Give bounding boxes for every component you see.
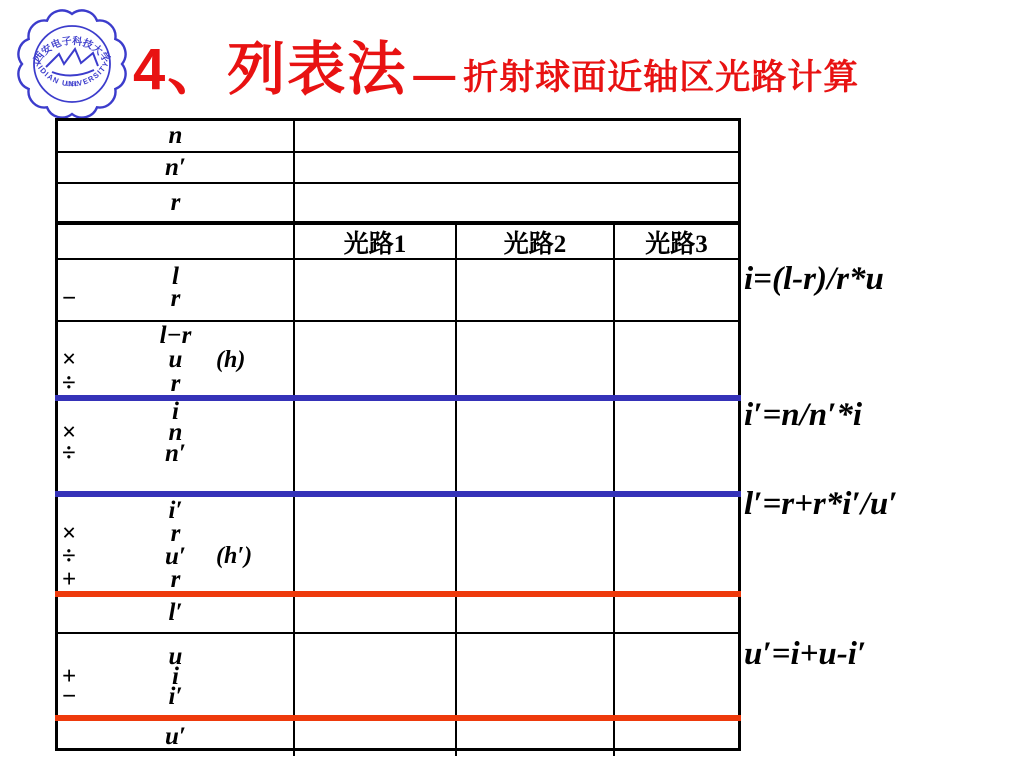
table-cell-empty — [457, 718, 615, 756]
column-header-label: 光路1 — [344, 224, 407, 260]
calc-row-uprime-label: u′ — [58, 718, 295, 756]
variable-label: n′ — [165, 154, 186, 182]
table-line: −r — [58, 288, 293, 310]
annotation-h-prime: (h′) — [216, 545, 252, 568]
variable-label: l′ — [169, 599, 183, 627]
table-cell-empty — [295, 322, 457, 398]
calc-row-i-n-nprime-labels: i ×n ÷n′ — [58, 398, 295, 494]
variable-label: u′ — [165, 723, 186, 751]
table-cell-empty — [457, 634, 615, 718]
table-cell-empty — [457, 494, 615, 594]
table-cell-empty — [295, 260, 457, 322]
operator-minus: − — [62, 687, 76, 707]
red-divider-line-2 — [55, 715, 741, 721]
table-line: −i′ — [58, 687, 293, 707]
variable-label: l−r — [160, 322, 192, 349]
variable-label: i′ — [169, 683, 183, 710]
table-line: ×u(h) — [58, 348, 293, 372]
table-cell-empty — [457, 260, 615, 322]
param-value-cell-n-prime — [295, 153, 738, 184]
operator-minus: − — [62, 288, 76, 310]
header-path2: 光路2 — [457, 225, 615, 260]
table-line: ÷n′ — [58, 443, 293, 464]
formula-i: i=(l-r)/r*u — [744, 261, 884, 298]
table-cell-empty — [615, 594, 738, 634]
slide-title: 4、列表法 — 折射球面近轴区光路计算 — [133, 22, 859, 106]
column-header-label: 光路2 — [504, 224, 567, 260]
table-line: ÷r — [58, 372, 293, 396]
table-cell-empty — [295, 634, 457, 718]
header-path1: 光路1 — [295, 225, 457, 260]
seal-inner-circle — [34, 26, 110, 102]
seal-year: 1931 — [65, 82, 79, 88]
operator-divide: ÷ — [62, 545, 76, 568]
table-cell-empty — [457, 594, 615, 634]
param-value-cell-r — [295, 184, 738, 225]
header-corner-cell — [58, 225, 295, 260]
ray-trace-table: n n′ r 光路1 光路2 光路3 l −r l−r ×u(h) ÷r — [55, 118, 741, 751]
operator-divide: ÷ — [62, 443, 76, 464]
formula-u-prime: u′=i+u-i′ — [744, 636, 866, 673]
calc-row-l-r-labels: l −r — [58, 260, 295, 322]
operator-divide: ÷ — [62, 372, 76, 396]
variable-label: r — [171, 285, 181, 312]
variable-label: n — [169, 122, 183, 150]
seal-bird-body — [52, 70, 94, 76]
calc-row-lprime-label: l′ — [58, 594, 295, 634]
formula-l-prime: l′=r+r*i′/u′ — [744, 486, 898, 523]
variable-label: r — [171, 370, 181, 397]
blue-divider-line-1 — [55, 395, 741, 401]
formula-i-prime: i′=n/n′*i — [744, 397, 862, 434]
table-line: i′ — [58, 499, 293, 522]
variable-label: r — [171, 566, 181, 593]
variable-label: u — [169, 346, 183, 373]
table-cell-empty — [295, 398, 457, 494]
annotation-h: (h) — [216, 348, 245, 372]
table-line: +r — [58, 568, 293, 591]
param-label-n-prime: n′ — [58, 153, 295, 184]
table-cell-empty — [615, 398, 738, 494]
calc-row-iprime-r-uprime-r-labels: i′ ×r ÷u′(h′) +r — [58, 494, 295, 594]
blue-divider-line-2 — [55, 491, 741, 497]
operator-plus: + — [62, 568, 76, 591]
table-cell-empty — [295, 494, 457, 594]
table-cell-empty — [615, 322, 738, 398]
table-cell-empty — [295, 718, 457, 756]
table-cell-empty — [457, 322, 615, 398]
operator-multiply: × — [62, 348, 76, 372]
table-cell-empty — [457, 398, 615, 494]
table-line: l−r — [58, 324, 293, 348]
variable-label: n′ — [165, 440, 186, 467]
table-cell-empty — [615, 634, 738, 718]
table-cell-empty — [295, 594, 457, 634]
calc-row-lr-u-r-labels: l−r ×u(h) ÷r — [58, 322, 295, 398]
calc-row-u-i-iprime-labels: u +i −i′ — [58, 634, 295, 718]
university-seal-logo: 西安电子科技大学 XIDIAN UNIVERSITY 1931 — [12, 4, 132, 124]
column-header-label: 光路3 — [645, 224, 708, 260]
header-path3: 光路3 — [615, 225, 738, 260]
table-line: ÷u′(h′) — [58, 545, 293, 568]
title-dash: — — [413, 51, 455, 99]
param-label-n: n — [58, 121, 295, 153]
red-divider-line-1 — [55, 591, 741, 597]
table-cell-empty — [615, 260, 738, 322]
title-main-text: 4、列表法 — [133, 22, 407, 106]
presentation-slide: 西安电子科技大学 XIDIAN UNIVERSITY 1931 4、列表法 — … — [0, 0, 1024, 768]
operator-multiply: × — [62, 522, 76, 545]
title-subtitle-text: 折射球面近轴区光路计算 — [463, 50, 859, 100]
table-cell-empty — [615, 494, 738, 594]
param-value-cell-n — [295, 121, 738, 153]
param-label-r: r — [58, 184, 295, 225]
table-cell-empty — [615, 718, 738, 756]
table-line: ×r — [58, 522, 293, 545]
variable-label: r — [171, 189, 181, 217]
